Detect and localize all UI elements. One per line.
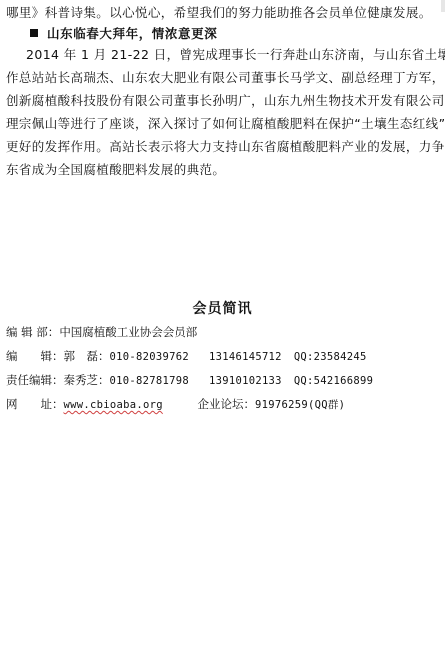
chief-editor-mobile: 13910102133 [209, 375, 282, 387]
square-bullet-icon [30, 29, 38, 37]
chief-editor-qq: QQ:542166899 [294, 375, 373, 387]
editorial-dept-row: 编 辑 部：中国腐植酸工业协会会员部 [6, 325, 197, 339]
editor-row: 编 辑：郭 磊：010-8203976213146145712QQ:235842… [6, 349, 367, 364]
editorial-dept-label: 编 辑 部： [6, 325, 59, 339]
chief-editor-name: 秦秀芝： [64, 373, 110, 387]
paragraph-line: 东省成为全国腐植酸肥料发展的典范。 [6, 162, 225, 177]
chief-editor-label: 责任编辑： [6, 373, 64, 387]
editor-mobile: 13146145712 [209, 351, 282, 363]
website-label: 网 址： [6, 397, 64, 411]
website-link[interactable]: www.cbioaba.org [64, 398, 198, 412]
section-heading: 山东临春大拜年，情浓意更深 [30, 24, 217, 42]
previous-paragraph-tail: 哪里》科普诗集。以心悦心，希望我们的努力能助推各会员单位健康发展。 [6, 5, 432, 20]
editorial-dept-value: 中国腐植酸工业协会会员部 [59, 325, 197, 339]
editor-phone: 010-82039762 [110, 351, 189, 363]
editor-label: 编 辑： [6, 349, 64, 363]
paragraph-line: 更好的发挥作用。高站长表示将大力支持山东省腐植酸肥料产业的发展，力争使山 [6, 139, 445, 154]
page-corner-mark [441, 0, 445, 12]
document-page: 哪里》科普诗集。以心悦心，希望我们的努力能助推各会员单位健康发展。 山东临春大拜… [0, 0, 445, 650]
forum-label: 企业论坛： [198, 397, 256, 411]
chief-editor-phone: 010-82781798 [110, 375, 189, 387]
editor-qq: QQ:23584245 [294, 351, 367, 363]
forum-value: 91976259(QQ群) [255, 399, 345, 411]
paragraph-line: 2014 年 1 月 21-22 日，曾宪成理事长一行奔赴山东济南，与山东省土壤… [6, 47, 445, 62]
website-row: 网 址：www.cbioaba.org企业论坛：91976259(QQ群) [6, 397, 345, 412]
editor-name: 郭 磊： [64, 349, 110, 363]
paragraph-line: 作总站站长高瑞杰、山东农大肥业有限公司董事长马学文、副总经理丁方军，山东 [6, 70, 445, 85]
chief-editor-row: 责任编辑：秦秀芝：010-8278179813910102133QQ:54216… [6, 373, 373, 388]
paragraph-line: 创新腐植酸科技股份有限公司董事长孙明广，山东九州生物技术开发有限公司总经 [6, 93, 445, 108]
section-heading-text: 山东临春大拜年，情浓意更深 [47, 26, 217, 41]
newsletter-title: 会员简讯 [0, 298, 445, 318]
paragraph-line: 理宗佩山等进行了座谈，深入探讨了如何让腐植酸肥料在保护“土壤生态红线”中 [6, 116, 445, 131]
